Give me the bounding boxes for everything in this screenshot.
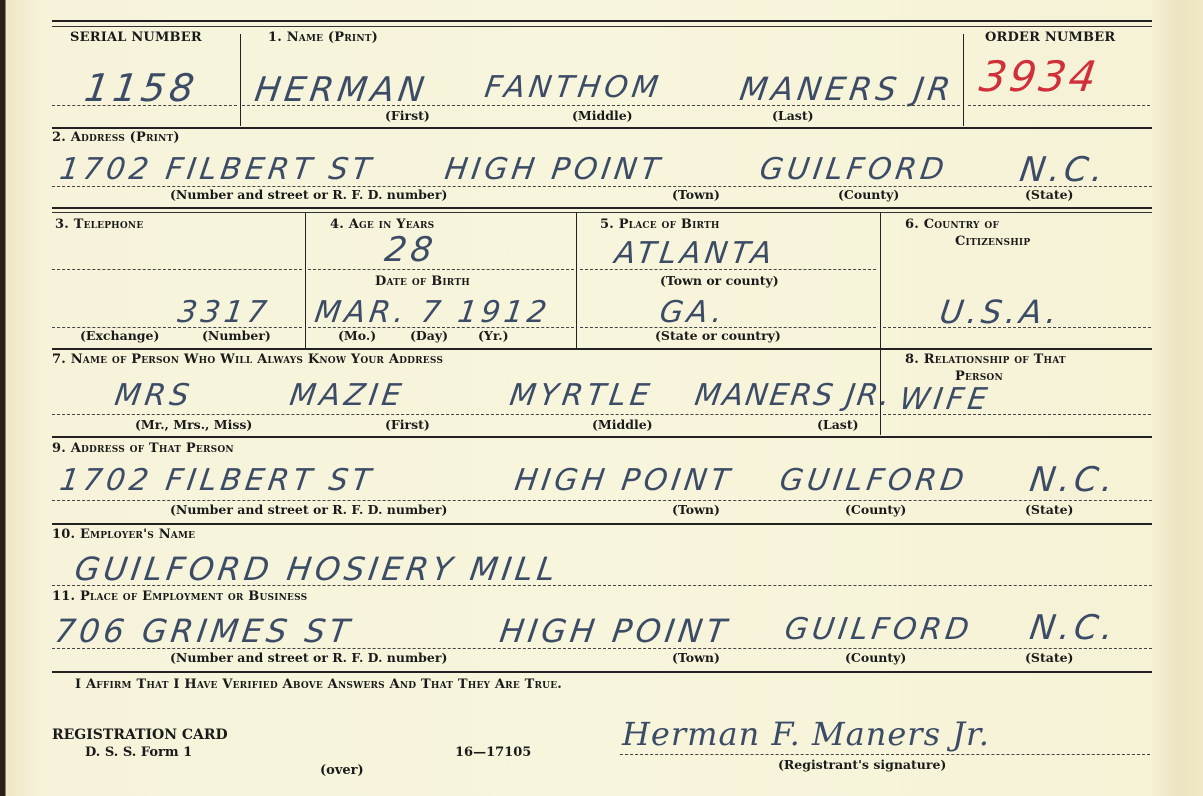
employment-street-value: 706 GRIMES ST [52, 612, 355, 650]
form-title: REGISTRATION CARD [52, 727, 228, 743]
contact-first-value: MAZIE [288, 378, 408, 413]
employment-town-value: HIGH POINT [497, 612, 732, 650]
name-first-value: HERMAN [252, 70, 430, 110]
telephone-underline-1 [52, 269, 302, 270]
top-rule-2 [52, 26, 1152, 27]
contact-label: 7. Name of Person Who Will Always Know Y… [52, 352, 443, 367]
contact-underline [52, 414, 878, 415]
contact-first-caption: (First) [385, 417, 430, 432]
telephone-label: 3. Telephone [55, 217, 143, 232]
dob-label: Date of Birth [375, 274, 470, 289]
form-id: D. S. S. Form 1 [85, 745, 192, 760]
contact-title-value: MRS [113, 378, 196, 413]
address-street-caption: (Number and street or R. F. D. number) [170, 187, 447, 202]
contact-address-state-value: N.C. [1027, 460, 1119, 500]
employment-street-caption: (Number and street or R. F. D. number) [170, 650, 447, 665]
citizenship-label-line1: 6. Country of [905, 217, 999, 232]
citizenship-underline [883, 327, 1151, 328]
signature-caption: (Registrant's signature) [778, 757, 946, 772]
row5-rule [52, 523, 1152, 525]
name-first-caption: (First) [385, 108, 430, 123]
dob-mo-caption: (Mo.) [338, 328, 376, 343]
serial-underline [52, 105, 237, 106]
address-town-value: HIGH POINT [443, 152, 666, 187]
employer-label: 10. Employer's Name [52, 527, 195, 542]
registrant-signature: Herman F. Maners Jr. [622, 715, 990, 753]
address-state-caption: (State) [1025, 187, 1073, 202]
relationship-label-line1: 8. Relationship of That [905, 352, 1066, 367]
relationship-value: WIFE [898, 382, 994, 417]
telephone-divider [305, 213, 306, 348]
relationship-underline [883, 414, 1151, 415]
contact-middle-value: MYRTLE [508, 378, 656, 413]
contact-last-value: MANERS JR. [693, 378, 894, 413]
employment-county-value: GUILFORD [783, 612, 976, 647]
dob-day-caption: (Day) [410, 328, 448, 343]
dob-value: MAR. 7 1912 [313, 295, 553, 330]
contact-address-label: 9. Address of That Person [52, 441, 234, 456]
employer-value: GUILFORD HOSIERY MILL [72, 550, 561, 588]
birthplace-state-caption: (State or country) [655, 328, 781, 343]
order-number-value: 3934 [977, 52, 1103, 101]
contact-address-county-value: GUILFORD [778, 463, 971, 498]
affirmation-text: I Affirm That I Have Verified Above Answ… [75, 677, 562, 692]
signature-underline [620, 754, 1150, 755]
birthplace-state-value: GA. [658, 295, 729, 330]
birthplace-town-caption: (Town or county) [660, 273, 779, 288]
serial-number-value: 1158 [82, 66, 201, 110]
contact-address-street-caption: (Number and street or R. F. D. number) [170, 502, 447, 517]
order-divider [963, 34, 964, 126]
employment-underline [52, 648, 1152, 649]
contact-address-underline [52, 500, 1152, 501]
name-label: 1. Name (Print) [268, 30, 378, 45]
print-code: 16—17105 [455, 745, 531, 760]
contact-address-county-caption: (County) [845, 502, 906, 517]
contact-address-state-caption: (State) [1025, 502, 1073, 517]
birthplace-label: 5. Place of Birth [600, 217, 720, 232]
address-label: 2. Address (Print) [52, 130, 180, 145]
order-underline [968, 105, 1150, 106]
telephone-number-value: 3317 [176, 295, 273, 330]
employer-underline [52, 585, 1152, 586]
serial-divider [240, 34, 241, 126]
row7-rule [52, 671, 1152, 673]
telephone-exchange-caption: (Exchange) [80, 328, 159, 343]
employment-town-caption: (Town) [672, 650, 720, 665]
row3-rule [52, 348, 1152, 350]
over-note: (over) [320, 763, 364, 778]
address-county-value: GUILFORD [758, 152, 951, 187]
name-last-value: MANERS JR [737, 70, 956, 108]
employment-county-caption: (County) [845, 650, 906, 665]
row4-rule [52, 436, 1152, 438]
serial-number-label: SERIAL NUMBER [70, 30, 202, 45]
order-number-label: ORDER NUMBER [985, 30, 1115, 45]
contact-address-town-caption: (Town) [672, 502, 720, 517]
registration-card: SERIAL NUMBER 1158 1. Name (Print) HERMA… [0, 0, 1203, 796]
address-county-caption: (County) [838, 187, 899, 202]
citizenship-value: U.S.A. [937, 293, 1063, 331]
contact-address-town-value: HIGH POINT [513, 463, 736, 498]
address-state-value: N.C. [1017, 150, 1109, 190]
contact-middle-caption: (Middle) [592, 417, 653, 432]
age-value: 28 [382, 230, 439, 270]
row1-rule [52, 127, 1152, 129]
top-rule [52, 20, 1152, 22]
employment-place-label: 11. Place of Employment or Business [52, 589, 307, 604]
name-underline [242, 105, 960, 106]
address-street-value: 1702 FILBERT ST [58, 152, 377, 187]
name-last-caption: (Last) [772, 108, 814, 123]
name-middle-value: FANTHOM [483, 70, 665, 105]
row2-rule [52, 207, 1152, 209]
name-middle-caption: (Middle) [572, 108, 633, 123]
employment-state-value: N.C. [1027, 608, 1119, 648]
contact-title-caption: (Mr., Mrs., Miss) [135, 417, 252, 432]
employment-state-caption: (State) [1025, 650, 1073, 665]
age-divider [576, 213, 577, 348]
telephone-number-caption: (Number) [202, 328, 271, 343]
citizenship-label-line2: Citizenship [955, 234, 1030, 249]
contact-last-caption: (Last) [817, 417, 859, 432]
age-underline [308, 269, 574, 270]
birthplace-town-value: ATLANTA [613, 236, 778, 271]
dob-yr-caption: (Yr.) [478, 328, 509, 343]
row2-rule-2 [52, 212, 1152, 213]
birthplace-town-underline [580, 269, 876, 270]
contact-address-street-value: 1702 FILBERT ST [58, 463, 377, 498]
address-town-caption: (Town) [672, 187, 720, 202]
